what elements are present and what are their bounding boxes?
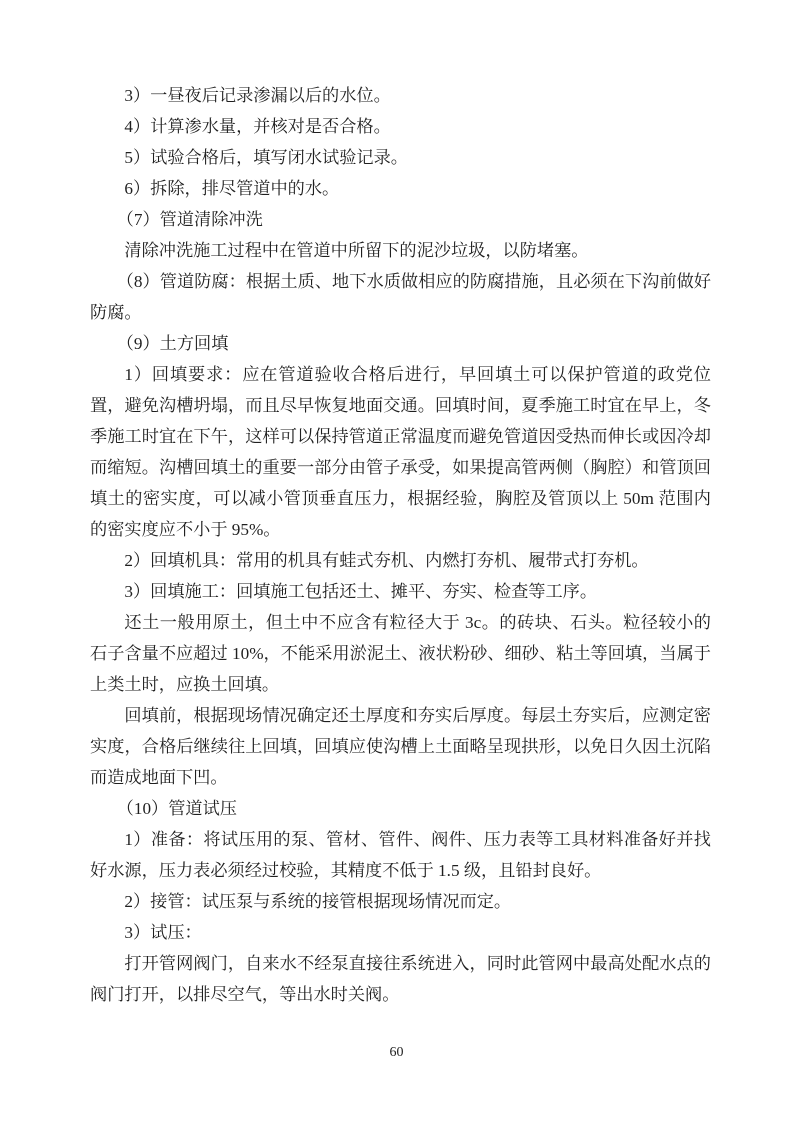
page-number: 60: [390, 1045, 404, 1060]
paragraph: （10）管道试压: [90, 793, 711, 824]
paragraph: 3）试压：: [90, 917, 711, 948]
paragraph: 还土一般用原土，但土中不应含有粒径大于 3c。的砖块、石头。粒径较小的石子含量不…: [90, 607, 711, 700]
paragraph: 清除冲洗施工过程中在管道中所留下的泥沙垃圾，以防堵塞。: [90, 235, 711, 266]
paragraph: 2）回填机具：常用的机具有蛙式夯机、内燃打夯机、履带式打夯机。: [90, 545, 711, 576]
document-body: 3）一昼夜后记录渗漏以后的水位。4）计算渗水量，并核对是否合格。5）试验合格后，…: [90, 80, 711, 1010]
paragraph: 回填前，根据现场情况确定还土厚度和夯实后厚度。每层土夯实后，应测定密实度，合格后…: [90, 700, 711, 793]
paragraph: （8）管道防腐：根据土质、地下水质做相应的防腐措施，且必须在下沟前做好防腐。: [90, 266, 711, 328]
paragraph: 6）拆除，排尽管道中的水。: [90, 173, 711, 204]
paragraph: 4）计算渗水量，并核对是否合格。: [90, 111, 711, 142]
paragraph: 打开管网阀门，自来水不经泵直接往系统进入，同时此管网中最高处配水点的阀门打开，以…: [90, 948, 711, 1010]
paragraph: 2）接管：试压泵与系统的接管根据现场情况而定。: [90, 886, 711, 917]
document-page: 3）一昼夜后记录渗漏以后的水位。4）计算渗水量，并核对是否合格。5）试验合格后，…: [0, 0, 793, 1122]
paragraph: 1）回填要求：应在管道验收合格后进行，早回填土可以保护管道的政党位置，避免沟槽坍…: [90, 359, 711, 545]
page-footer: 60: [0, 1044, 793, 1062]
paragraph: 3）回填施工：回填施工包括还土、摊平、夯实、检查等工序。: [90, 576, 711, 607]
paragraph: （9）土方回填: [90, 328, 711, 359]
paragraph: 3）一昼夜后记录渗漏以后的水位。: [90, 80, 711, 111]
paragraph: （7）管道清除冲洗: [90, 204, 711, 235]
paragraph: 5）试验合格后，填写闭水试验记录。: [90, 142, 711, 173]
paragraph: 1）准备：将试压用的泵、管材、管件、阀件、压力表等工具材料准备好并找好水源，压力…: [90, 824, 711, 886]
